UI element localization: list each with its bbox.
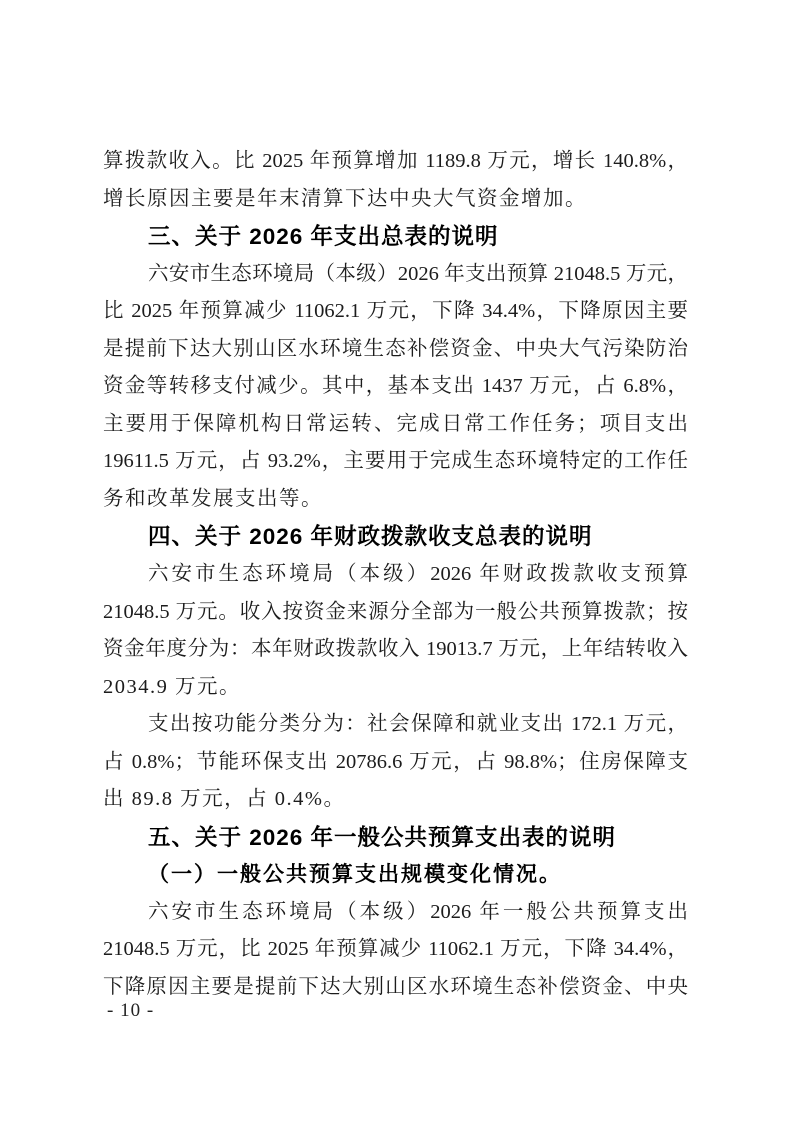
subsection-heading-1: （一）一般公共预算支出规模变化情况。 [103,856,688,894]
text-line: 算拨款收入。比 2025 年预算增加 1189.8 万元，增长 140.8%， [103,143,688,181]
text-line: 比 2025 年预算减少 11062.1 万元，下降 34.4%，下降原因主要 [103,293,688,331]
section-heading-4: 四、关于 2026 年财政拨款收支总表的说明 [103,518,688,556]
text-line: 六安市生态环境局（本级）2026 年一般公共预算支出 [103,894,688,932]
text-line: 资金等转移支付减少。其中，基本支出 1437 万元，占 6.8%， [103,368,688,406]
text-line: 21048.5 万元，比 2025 年预算减少 11062.1 万元，下降 34… [103,931,688,969]
text-line: 六安市生态环境局（本级）2026 年支出预算 21048.5 万元， [103,256,688,294]
page-number: - 10 - [107,1000,154,1022]
document-page: 算拨款收入。比 2025 年预算增加 1189.8 万元，增长 140.8%， … [0,0,793,1122]
text-line: 务和改革发展支出等。 [103,481,688,519]
text-line: 资金年度分为：本年财政拨款收入 19013.7 万元，上年结转收入 [103,631,688,669]
text-line: 21048.5 万元。收入按资金来源分全部为一般公共预算拨款；按 [103,594,688,632]
document-text-block: 算拨款收入。比 2025 年预算增加 1189.8 万元，增长 140.8%， … [103,143,688,1007]
text-line: 增长原因主要是年末清算下达中央大气资金增加。 [103,181,688,219]
text-line: 出 89.8 万元，占 0.4%。 [103,781,688,819]
text-line: 2034.9 万元。 [103,669,688,707]
text-line: 占 0.8%；节能环保支出 20786.6 万元，占 98.8%；住房保障支 [103,744,688,782]
text-line: 支出按功能分类分为：社会保障和就业支出 172.1 万元， [103,706,688,744]
text-line: 主要用于保障机构日常运转、完成日常工作任务；项目支出 [103,406,688,444]
text-line: 下降原因主要是提前下达大别山区水环境生态补偿资金、中央 [103,969,688,1007]
text-line: 是提前下达大别山区水环境生态补偿资金、中央大气污染防治 [103,331,688,369]
section-heading-3: 三、关于 2026 年支出总表的说明 [103,218,688,256]
text-line: 六安市生态环境局（本级）2026 年财政拨款收支预算 [103,556,688,594]
section-heading-5: 五、关于 2026 年一般公共预算支出表的说明 [103,819,688,857]
text-line: 19611.5 万元，占 93.2%，主要用于完成生态环境特定的工作任 [103,443,688,481]
